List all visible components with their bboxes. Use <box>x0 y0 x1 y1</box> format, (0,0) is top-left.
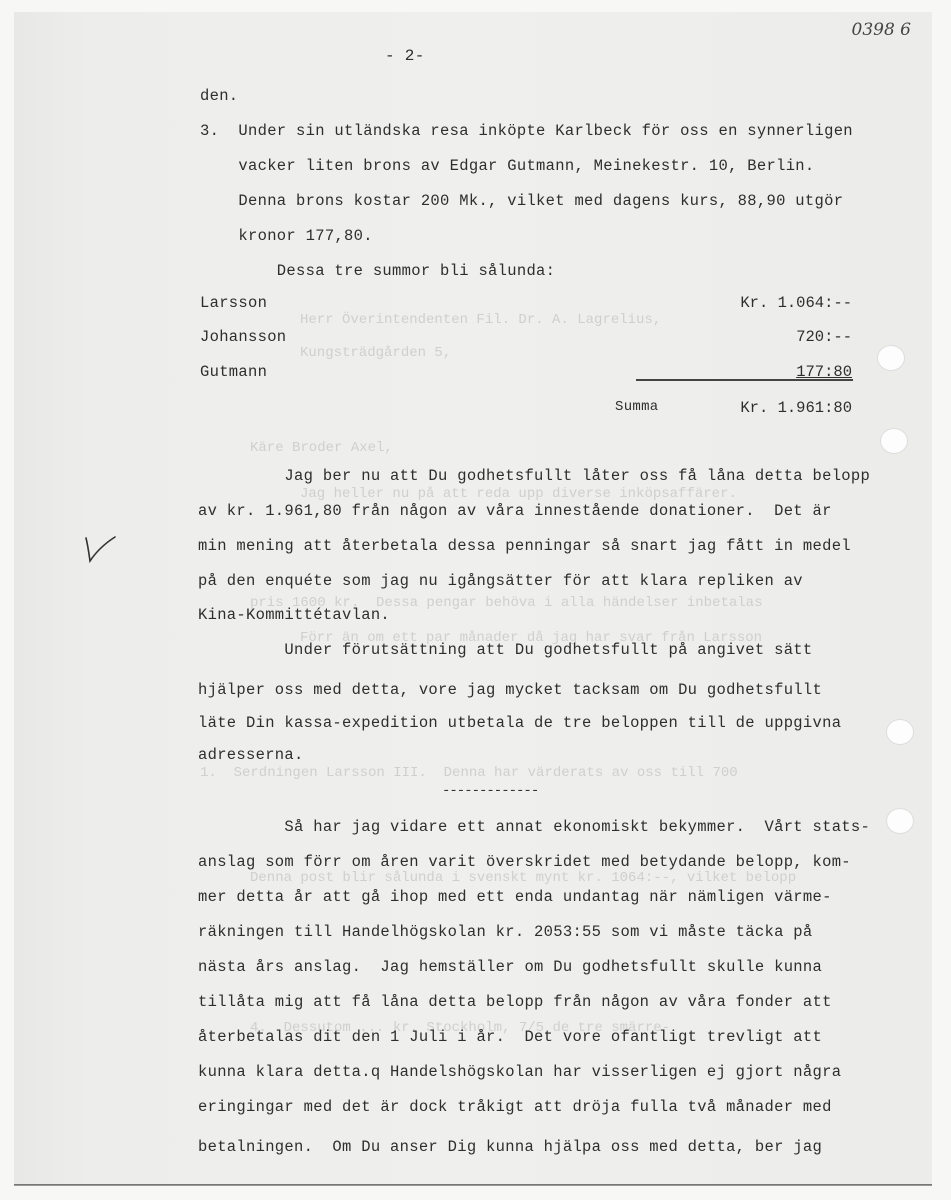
text-line: eringingar med det är dock tråkigt att d… <box>198 1098 832 1116</box>
show-through-text: Herr Överintendenten Fil. Dr. A. Lagreli… <box>300 312 661 328</box>
punch-hole <box>886 808 914 834</box>
section-separator: ------------- <box>442 783 538 799</box>
show-through-text: Denna post blir sålunda i svenskt mynt k… <box>250 870 796 886</box>
text-line: Under förutsättning att Du godhetsfullt … <box>198 641 813 659</box>
text-line: av kr. 1.961,80 från någon av våra innes… <box>198 502 832 520</box>
punch-hole <box>877 345 905 371</box>
checkmark-icon <box>84 536 118 564</box>
show-through-text: 1. Serdningen Larsson III. Denna har vär… <box>200 765 738 781</box>
text-line: räkningen till Handelhögskolan kr. 2053:… <box>198 923 813 941</box>
text-line: Så har jag vidare ett annat ekonomiskt b… <box>198 818 870 836</box>
summary-amount: Kr. 1.064:-- <box>740 294 852 312</box>
text-line: läte Din kassa-expedition utbetala de tr… <box>198 714 841 732</box>
text-line: tillåta mig att få låna detta belopp frå… <box>198 993 832 1011</box>
text-line: Jag ber nu att Du godhetsfullt låter oss… <box>198 467 870 485</box>
text-line: på den enquéte som jag nu igångsätter fö… <box>198 572 803 590</box>
text-line: kronor 177,80. <box>200 227 373 245</box>
text-line: kunna klara detta.q Handelshögskolan har… <box>198 1063 841 1081</box>
text-line: Kina-Kommittétavlan. <box>198 606 390 624</box>
text-line: mer detta år att gå ihop med ett enda un… <box>198 888 832 906</box>
text-line: den. <box>200 87 238 105</box>
summary-amount: 720:-- <box>796 328 852 346</box>
sum-rule <box>636 379 853 381</box>
text-line: min mening att återbetala dessa penninga… <box>198 537 851 555</box>
text-line: Denna brons kostar 200 Mk., vilket med d… <box>200 192 843 210</box>
text-line: hjälper oss med detta, vore jag mycket t… <box>198 681 822 699</box>
text-line: betalningen. Om Du anser Dig kunna hjälp… <box>198 1138 822 1156</box>
text-line: vacker liten brons av Edgar Gutmann, Mei… <box>200 157 815 175</box>
text-line: anslag som förr om åren varit överskride… <box>198 853 851 871</box>
show-through-text: Kungsträdgården 5, <box>300 345 451 361</box>
text-line: nästa års anslag. Jag hemställer om Du g… <box>198 958 822 976</box>
page-number: - 2- <box>385 47 425 65</box>
text-line: Dessa tre summor bli sålunda: <box>200 262 555 280</box>
summary-total-label: Summa <box>615 399 659 415</box>
text-line: 3. Under sin utländska resa inköpte Karl… <box>200 122 853 140</box>
summary-name: Larsson <box>200 294 267 312</box>
summary-name: Gutmann <box>200 363 267 381</box>
archive-number: 0398 6 <box>852 20 911 40</box>
punch-hole <box>880 428 908 454</box>
summary-total-amount: Kr. 1.961:80 <box>740 399 852 417</box>
show-through-text: Käre Broder Axel, <box>250 440 393 456</box>
text-line: återbetalas dit den 1 Juli i år. Det vor… <box>198 1028 822 1046</box>
summary-name: Johansson <box>200 328 286 346</box>
show-through-text: Jag heller nu på att reda upp diverse in… <box>300 486 737 502</box>
punch-hole <box>886 719 914 745</box>
text-line: adresserna. <box>198 746 304 764</box>
